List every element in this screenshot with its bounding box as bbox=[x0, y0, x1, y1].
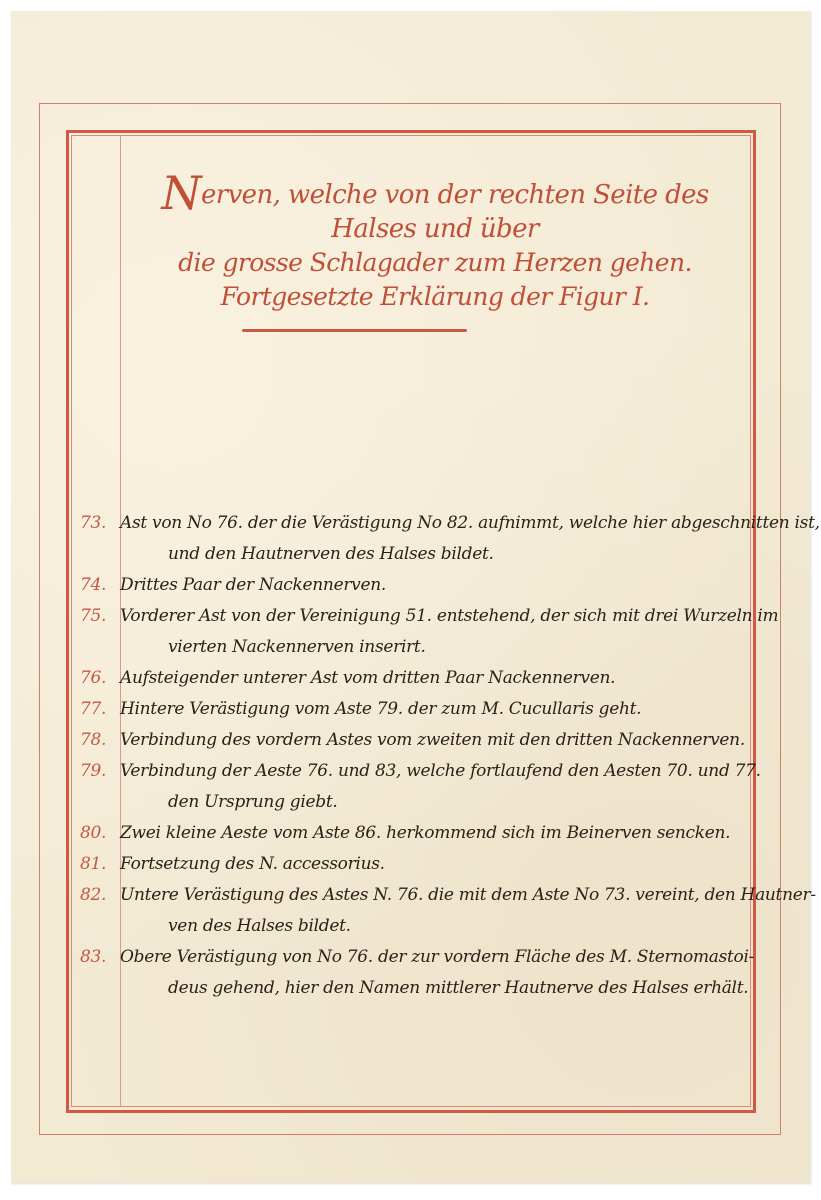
list-item-82: 82.Untere Verästigung des Astes N. 76. d… bbox=[80, 880, 740, 942]
entry-number: 76. bbox=[80, 663, 120, 694]
list-item-80: 80.Zwei kleine Aeste vom Aste 86. herkom… bbox=[80, 818, 740, 849]
heading-underline bbox=[242, 329, 467, 332]
list-item-74: 74.Drittes Paar der Nackennerven. bbox=[80, 570, 740, 601]
entry-number: 78. bbox=[80, 725, 120, 756]
entry-number: 80. bbox=[80, 818, 120, 849]
list-item-76: 76.Aufsteigender unterer Ast vom dritten… bbox=[80, 663, 740, 694]
list-item-83: 83.Obere Verästigung von No 76. der zur … bbox=[80, 942, 740, 1004]
entry-number: 79. bbox=[80, 756, 120, 787]
entry-text: Verbindung der Aeste 76. und 83, welche … bbox=[120, 756, 761, 787]
entry-text: Fortsetzung des N. accessorius. bbox=[120, 849, 385, 880]
entry-number: 77. bbox=[80, 694, 120, 725]
entry-number: 74. bbox=[80, 570, 120, 601]
decorated-initial: N bbox=[161, 166, 201, 220]
list-item-78: 78.Verbindung des vordern Astes vom zwei… bbox=[80, 725, 740, 756]
entry-continuation: ven des Halses bildet. bbox=[80, 911, 740, 942]
list-item-77: 77.Hintere Verästigung vom Aste 79. der … bbox=[80, 694, 740, 725]
entry-text: Untere Verästigung des Astes N. 76. die … bbox=[120, 880, 816, 911]
list-item-73: 73.Ast von No 76. der die Verästigung No… bbox=[80, 508, 740, 570]
entry-number: 73. bbox=[80, 508, 120, 539]
entry-text: Drittes Paar der Nackennerven. bbox=[120, 570, 386, 601]
entry-text: Ast von No 76. der die Verästigung No 82… bbox=[120, 508, 820, 539]
heading-line-1: Nerven, welche von der rechten Seite des… bbox=[125, 176, 745, 246]
entry-number: 82. bbox=[80, 880, 120, 911]
list-item-75: 75.Vorderer Ast von der Vereinigung 51. … bbox=[80, 601, 740, 663]
entry-list: 73.Ast von No 76. der die Verästigung No… bbox=[80, 508, 740, 1004]
entry-text: Aufsteigender unterer Ast vom dritten Pa… bbox=[120, 663, 615, 694]
entry-text: Obere Verästigung von No 76. der zur vor… bbox=[120, 942, 754, 973]
entry-number: 81. bbox=[80, 849, 120, 880]
entry-continuation: vierten Nackennerven inserirt. bbox=[80, 632, 740, 663]
entry-continuation: den Ursprung giebt. bbox=[80, 787, 740, 818]
heading-line-2: die grosse Schlagader zum Herzen gehen. bbox=[125, 246, 745, 280]
list-item-81: 81.Fortsetzung des N. accessorius. bbox=[80, 849, 740, 880]
entry-text: Zwei kleine Aeste vom Aste 86. herkommen… bbox=[120, 818, 730, 849]
entry-text: Verbindung des vordern Astes vom zweiten… bbox=[120, 725, 745, 756]
entry-number: 75. bbox=[80, 601, 120, 632]
heading-line-3: Fortgesetzte Erklärung der Figur I. bbox=[125, 280, 745, 314]
entry-continuation: und den Hautnerven des Halses bildet. bbox=[80, 539, 740, 570]
entry-continuation: deus gehend, hier den Namen mittlerer Ha… bbox=[80, 973, 740, 1004]
entry-text: Hintere Verästigung vom Aste 79. der zum… bbox=[120, 694, 641, 725]
page-heading: Nerven, welche von der rechten Seite des… bbox=[125, 176, 745, 314]
entry-text: Vorderer Ast von der Vereinigung 51. ent… bbox=[120, 601, 778, 632]
list-item-79: 79.Verbindung der Aeste 76. und 83, welc… bbox=[80, 756, 740, 818]
entry-number: 83. bbox=[80, 942, 120, 973]
heading-line-1-text: erven, welche von der rechten Seite des … bbox=[201, 180, 709, 244]
